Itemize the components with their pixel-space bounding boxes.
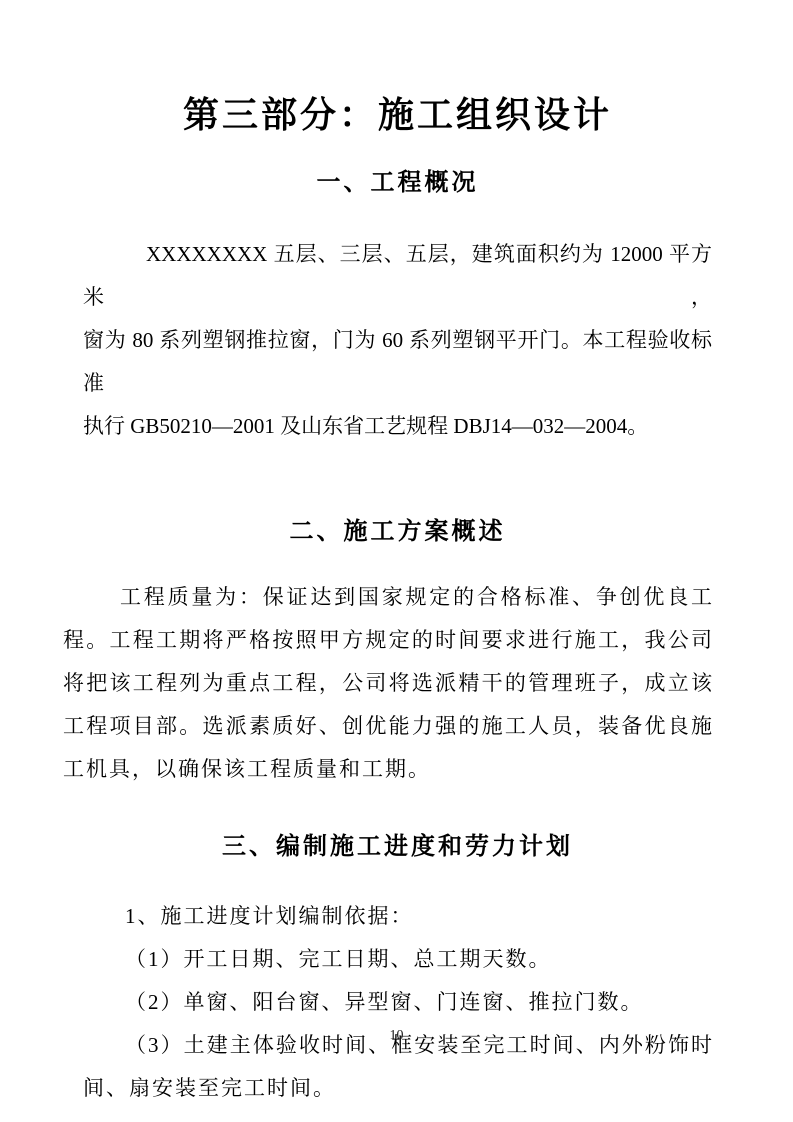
section-heading-schedule: 三、编制施工进度和劳力计划	[83, 831, 712, 863]
text-line: 工程项目部。选派素质好、创优能力强的施工人员，装备优良施	[63, 705, 712, 748]
text-line: 工程质量为：保证达到国家规定的合格标准、争创优良工	[63, 576, 712, 619]
list-item-line: （1）开工日期、完工日期、总工期天数。	[83, 938, 712, 981]
document-page: 第三部分：施工组织设计 一、工程概况 XXXXXXXX 五层、三层、五层，建筑面…	[0, 0, 793, 1122]
text-line: 窗为 80 系列塑钢推拉窗，门为 60 系列塑钢平开门。本工程验收标准	[83, 319, 712, 405]
list-item-line: （2）单窗、阳台窗、异型窗、门连窗、推拉门数。	[83, 981, 712, 1024]
text-line: 执行 GB50210—2001 及山东省工艺规程 DBJ14—032—2004。	[83, 405, 712, 448]
text-line: XXXXXXXX 五层、三层、五层，建筑面积约为 12000 平方米，	[83, 233, 712, 319]
text-line: 程。工程工期将严格按照甲方规定的时间要求进行施工，我公司	[63, 619, 712, 662]
scheme-paragraph: 工程质量为：保证达到国家规定的合格标准、争创优良工 程。工程工期将严格按照甲方规…	[63, 576, 712, 791]
page-number: 10	[0, 1028, 793, 1044]
list-item-line: 间、扇安装至完工时间。	[83, 1067, 712, 1110]
schedule-basis-list: 1、施工进度计划编制依据： （1）开工日期、完工日期、总工期天数。 （2）单窗、…	[83, 895, 712, 1110]
text-line: 将把该工程列为重点工程，公司将选派精干的管理班子，成立该	[63, 662, 712, 705]
document-title: 第三部分：施工组织设计	[83, 90, 712, 140]
section-heading-scheme: 二、施工方案概述	[83, 516, 712, 548]
list-intro-line: 1、施工进度计划编制依据：	[83, 895, 712, 938]
text-line: 工机具，以确保该工程质量和工期。	[63, 748, 712, 791]
section-heading-overview: 一、工程概况	[83, 167, 712, 199]
overview-paragraph: XXXXXXXX 五层、三层、五层，建筑面积约为 12000 平方米， 窗为 8…	[83, 233, 712, 448]
